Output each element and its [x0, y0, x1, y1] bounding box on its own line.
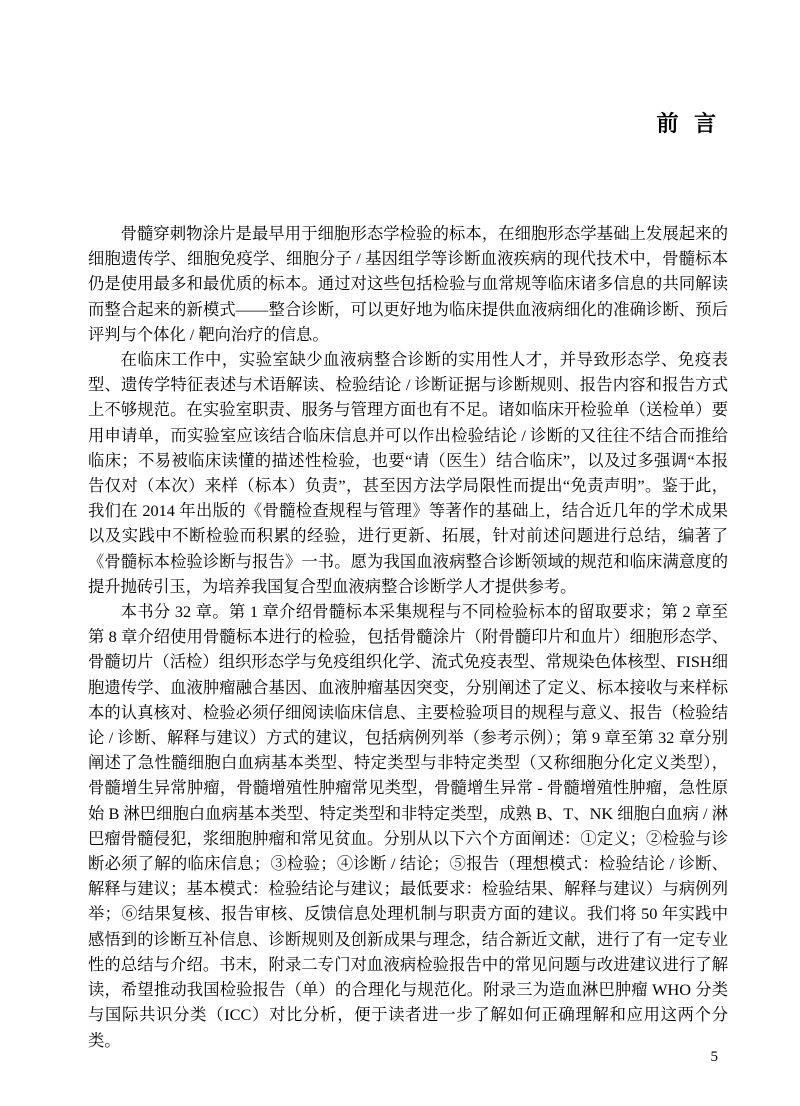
preface-paragraph-3: 本书分 32 章。第 1 章介绍骨髓标本采集规程与不同检验标本的留取要求；第 2… — [88, 599, 728, 1053]
page-number: 5 — [711, 1049, 719, 1066]
page-title: 前 言 — [656, 107, 717, 138]
preface-content: 骨髓穿刺物涂片是最早用于细胞形态学检验的标本，在细胞形态学基础上发展起来的细胞遗… — [88, 221, 728, 1053]
document-page: 前 言 骨髓穿刺物涂片是最早用于细胞形态学检验的标本，在细胞形态学基础上发展起来… — [0, 0, 800, 1106]
preface-paragraph-2: 在临床工作中，实验室缺少血液病整合诊断的实用性人才，并导致形态学、免疫表型、遗传… — [88, 347, 728, 599]
preface-paragraph-1: 骨髓穿刺物涂片是最早用于细胞形态学检验的标本，在细胞形态学基础上发展起来的细胞遗… — [88, 221, 728, 347]
